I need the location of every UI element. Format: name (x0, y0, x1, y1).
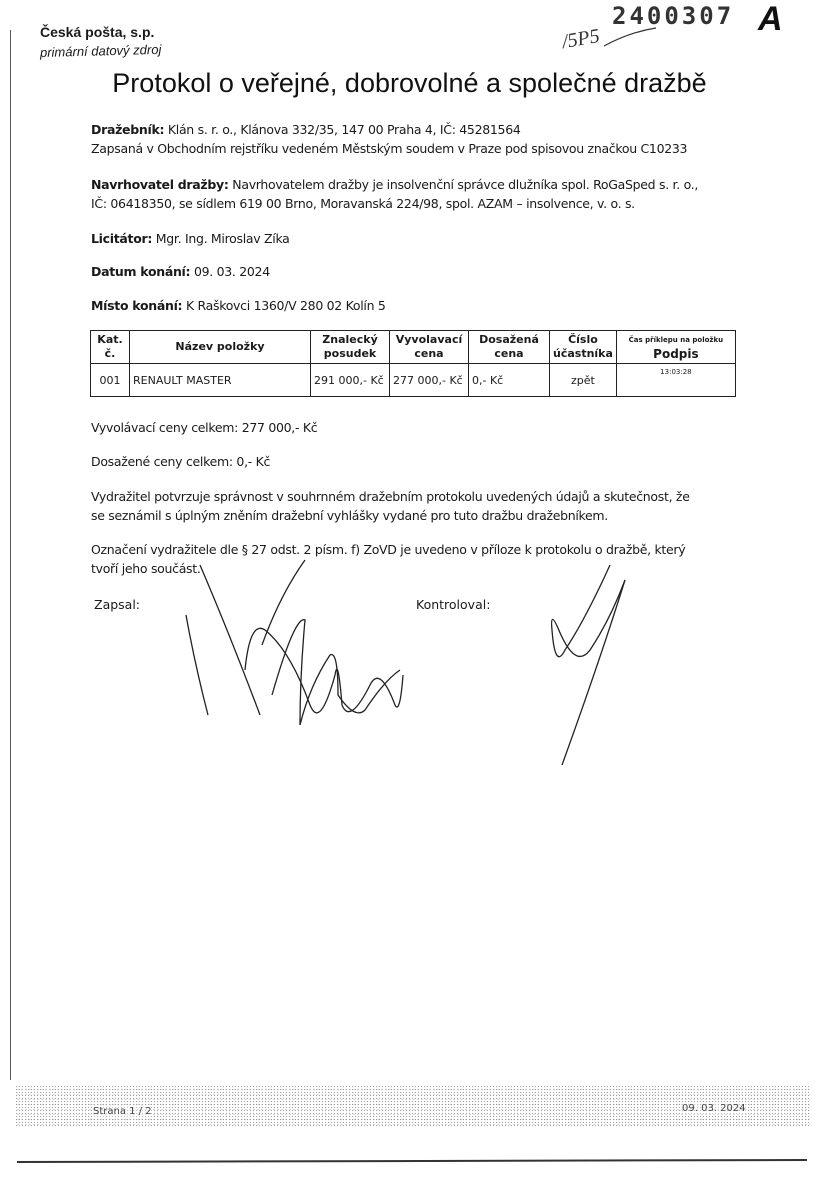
licitator-row: Licitátor: Mgr. Ing. Miroslav Zíka (91, 229, 290, 248)
bottom-rule (17, 1159, 807, 1163)
signature-checked (520, 550, 640, 790)
footer-page-number: Strana 1 / 2 (93, 1106, 152, 1117)
scan-edge-line (10, 30, 11, 1080)
col-expert-opinion: Znalecký posudek (311, 331, 390, 364)
place-value: K Raškovci 1360/V 280 02 Kolín 5 (186, 298, 386, 313)
date-value: 09. 03. 2024 (194, 264, 270, 279)
achieved-total: Dosažené ceny celkem: 0,- Kč (91, 452, 270, 471)
place-label: Místo konání: (91, 298, 182, 313)
issuer-name: Česká pošta, s.p. (40, 24, 154, 40)
cell-item-name: RENAULT MASTER (130, 364, 311, 397)
cell-cat-no: 001 (91, 364, 130, 397)
col-cat-no: Kat. č. (91, 331, 130, 364)
document-letter: A (758, 0, 783, 39)
table-row: 001 RENAULT MASTER 291 000,- Kč 277 000,… (91, 364, 736, 397)
handwritten-stroke (600, 20, 660, 50)
date-row: Datum konání: 09. 03. 2024 (91, 262, 270, 281)
recorded-by-label: Zapsal: (94, 597, 140, 612)
issuer-subtitle: primární datový zdroj (40, 42, 162, 60)
cell-knockdown-time: 13:03:28 (620, 368, 732, 376)
auctioneer-block: Dražebník: Klán s. r. o., Klánova 332/35… (91, 120, 687, 158)
col-achieved-price: Dosažená cena (469, 331, 550, 364)
proposer-value-line2: IČ: 06418350, se sídlem 619 00 Brno, Mor… (91, 196, 635, 211)
handwritten-note: /5P5 (560, 25, 601, 54)
place-row: Místo konání: K Raškovci 1360/V 280 02 K… (91, 296, 386, 315)
auction-items-table: Kat. č. Název položky Znalecký posudek V… (90, 330, 736, 397)
footer-date: 09. 03. 2024 (682, 1103, 746, 1114)
cell-participant-no: zpět (550, 364, 617, 397)
checked-by-label: Kontroloval: (416, 597, 490, 612)
statement-confirmation-line1: Vydražitel potvrzuje správnost v souhrnn… (91, 489, 690, 504)
page-title: Protokol o veřejné, dobrovolné a společn… (0, 68, 819, 99)
statement-confirmation-line2: se seznámil s úplným zněním dražební vyh… (91, 508, 608, 523)
cell-achieved-price: 0,- Kč (469, 364, 550, 397)
col-starting-price: Vyvolavací cena (390, 331, 469, 364)
date-label: Datum konání: (91, 264, 190, 279)
col-participant-no: Číslo účastníka (550, 331, 617, 364)
table-header-row: Kat. č. Název položky Znalecký posudek V… (91, 331, 736, 364)
proposer-value-line1: Navrhovatelem dražby je insolvenční sprá… (232, 177, 698, 192)
proposer-block: Navrhovatel dražby: Navrhovatelem dražby… (91, 175, 698, 213)
licitator-label: Licitátor: (91, 231, 152, 246)
col-time-signature: Čas příklepu na položku Podpis (616, 331, 735, 364)
cell-starting-price: 277 000,- Kč (390, 364, 469, 397)
cell-expert-opinion: 291 000,- Kč (311, 364, 390, 397)
auctioneer-registration: Zapsaná v Obchodním rejstříku vedeném Mě… (91, 141, 687, 156)
col-item-name: Název položky (130, 331, 311, 364)
proposer-label: Navrhovatel dražby: (91, 177, 229, 192)
cell-time-signature: 13:03:28 (616, 364, 735, 397)
signature-recorded (170, 555, 420, 755)
auctioneer-value: Klán s. r. o., Klánova 332/35, 147 00 Pr… (168, 122, 521, 137)
licitator-value: Mgr. Ing. Miroslav Zíka (156, 231, 290, 246)
col-knockdown-time: Čas příklepu na položku (620, 333, 732, 347)
auctioneer-label: Dražebník: (91, 122, 164, 137)
statement-confirmation: Vydražitel potvrzuje správnost v souhrnn… (91, 487, 690, 525)
col-signature: Podpis (620, 347, 732, 361)
starting-total: Vyvolávací ceny celkem: 277 000,- Kč (91, 418, 317, 437)
